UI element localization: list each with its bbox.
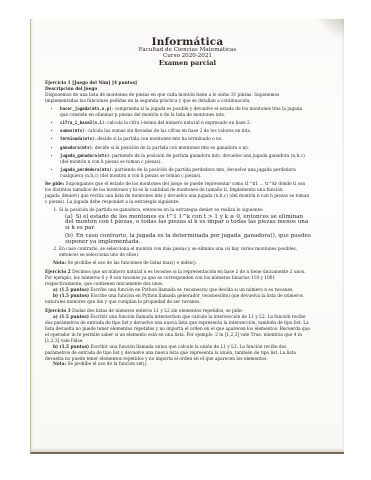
exam-body: Ejercicio 1 [Juego del Nim] [4 puntos] D… [45, 81, 311, 368]
strategy-step: Si la posición de partida es ganadora, e… [59, 208, 311, 246]
note-text: Se prohíbe el uso de las funciones de li… [68, 261, 198, 266]
strategy-substeps: (a)Si el estado de los montones es t^1 1… [59, 215, 311, 246]
exercise-3-part-b: b) (1.5 puntos) Escribir una función lla… [45, 345, 311, 363]
exercise-3-note: Nota: Se prohíbe el uso de la función se… [45, 362, 311, 368]
part-label: a) (1.5 puntos) [53, 288, 89, 293]
function-name: terminada(mts) [60, 136, 95, 141]
function-name: sumas(mts) [60, 128, 85, 133]
exercise-1-intro: Disponemos de una lista de montones de p… [45, 93, 311, 105]
note-label: Nota: [53, 362, 66, 367]
function-item: jugada_ganadora(mts): partiendo de la po… [60, 153, 311, 166]
strategy-steps: Si la posición de partida es ganadora, e… [45, 208, 311, 259]
task-statement: Se pide: Supongamos que el estado de los… [45, 182, 311, 206]
part-label: b) (1.5 puntos) [53, 294, 89, 299]
exercise-3-intro: Dadas dos listas de números enteros L1 y… [72, 309, 243, 314]
exercise-2-part-b: b) (1.5 puntos) Escribe una función en P… [45, 294, 311, 306]
strategy-substep: (a)Si el estado de los montones es t^1 1… [65, 215, 311, 233]
note-label: Nota: [53, 261, 66, 266]
function-item: sumas(mts): calcula las sumas sin llevad… [60, 128, 311, 135]
strategy-substep: (b)En caso contrario, la jugada es la de… [65, 234, 311, 246]
exercise-2-intro: Decimos que un número natural n es twosn… [45, 270, 306, 287]
substep-text: Si el estado de los montones es t^1 1^k … [65, 214, 308, 232]
task-label: Se pide: [45, 182, 64, 187]
function-name: jugada_ganadora(mts) [60, 153, 109, 158]
exam-header: Informática Facultad de Ciencias Matemát… [31, 37, 344, 67]
function-item: cifra_i_base2(n,i): calcula la cifra i-é… [60, 120, 311, 127]
part-label: a) (1.5 puntos) [53, 315, 89, 320]
function-item: terminada(mts): decide si la partida con… [60, 136, 311, 143]
exercise-3-title: Ejercicio 3 [45, 309, 71, 314]
function-desc: : decide si la partida con montones mts … [95, 137, 223, 142]
function-desc: : calcula la cifra i-ésima del número na… [104, 121, 251, 126]
part-text: Escribe una función en Python llamada es… [90, 288, 293, 293]
function-list: hacer_jugada(mts,n,p): comprueba si la j… [45, 106, 311, 180]
step-text: Si la posición de partida es ganadora, e… [59, 208, 263, 213]
task-text: Supongamos que el estado de los montones… [45, 182, 309, 205]
function-item: jugada_perdedora(mts): partiendo de la p… [60, 167, 311, 180]
function-item: hacer_jugada(mts,n,p): comprueba si la j… [60, 106, 311, 119]
function-name: cifra_i_base2(n,i) [60, 120, 104, 125]
function-name: ganadora(mts) [60, 145, 92, 150]
exercise-3-part-a: a) (1.5 puntos) Escribir una función lla… [45, 315, 311, 345]
note-text: Se prohíbe el uso de la función set(). [68, 362, 148, 367]
exercise-2-title: Ejercicio 2 [45, 270, 71, 275]
exercise-2: Ejercicio 2 Decimos que un número natura… [45, 270, 311, 288]
strategy-step: En caso contrario, se selecciona el mont… [59, 247, 311, 259]
function-desc: : calcula las sumas sin llevadas de las … [85, 129, 251, 134]
part-label: b) (1.5 puntos) [53, 345, 89, 350]
function-desc: : decide si la posición de la partida co… [92, 146, 249, 151]
function-name: jugada_perdedora(mts) [60, 167, 112, 172]
exam-page: Informática Facultad de Ciencias Matemát… [30, 19, 344, 454]
function-name: hacer_jugada(mts,n,p) [60, 106, 112, 111]
substep-text: En caso contrario, la jugada es la deter… [65, 233, 311, 245]
step-text: En caso contrario, se selecciona el mont… [59, 247, 297, 258]
exam-name: Examen parcial [31, 60, 344, 67]
function-item: ganadora(mts): decide si la posición de … [60, 145, 311, 152]
